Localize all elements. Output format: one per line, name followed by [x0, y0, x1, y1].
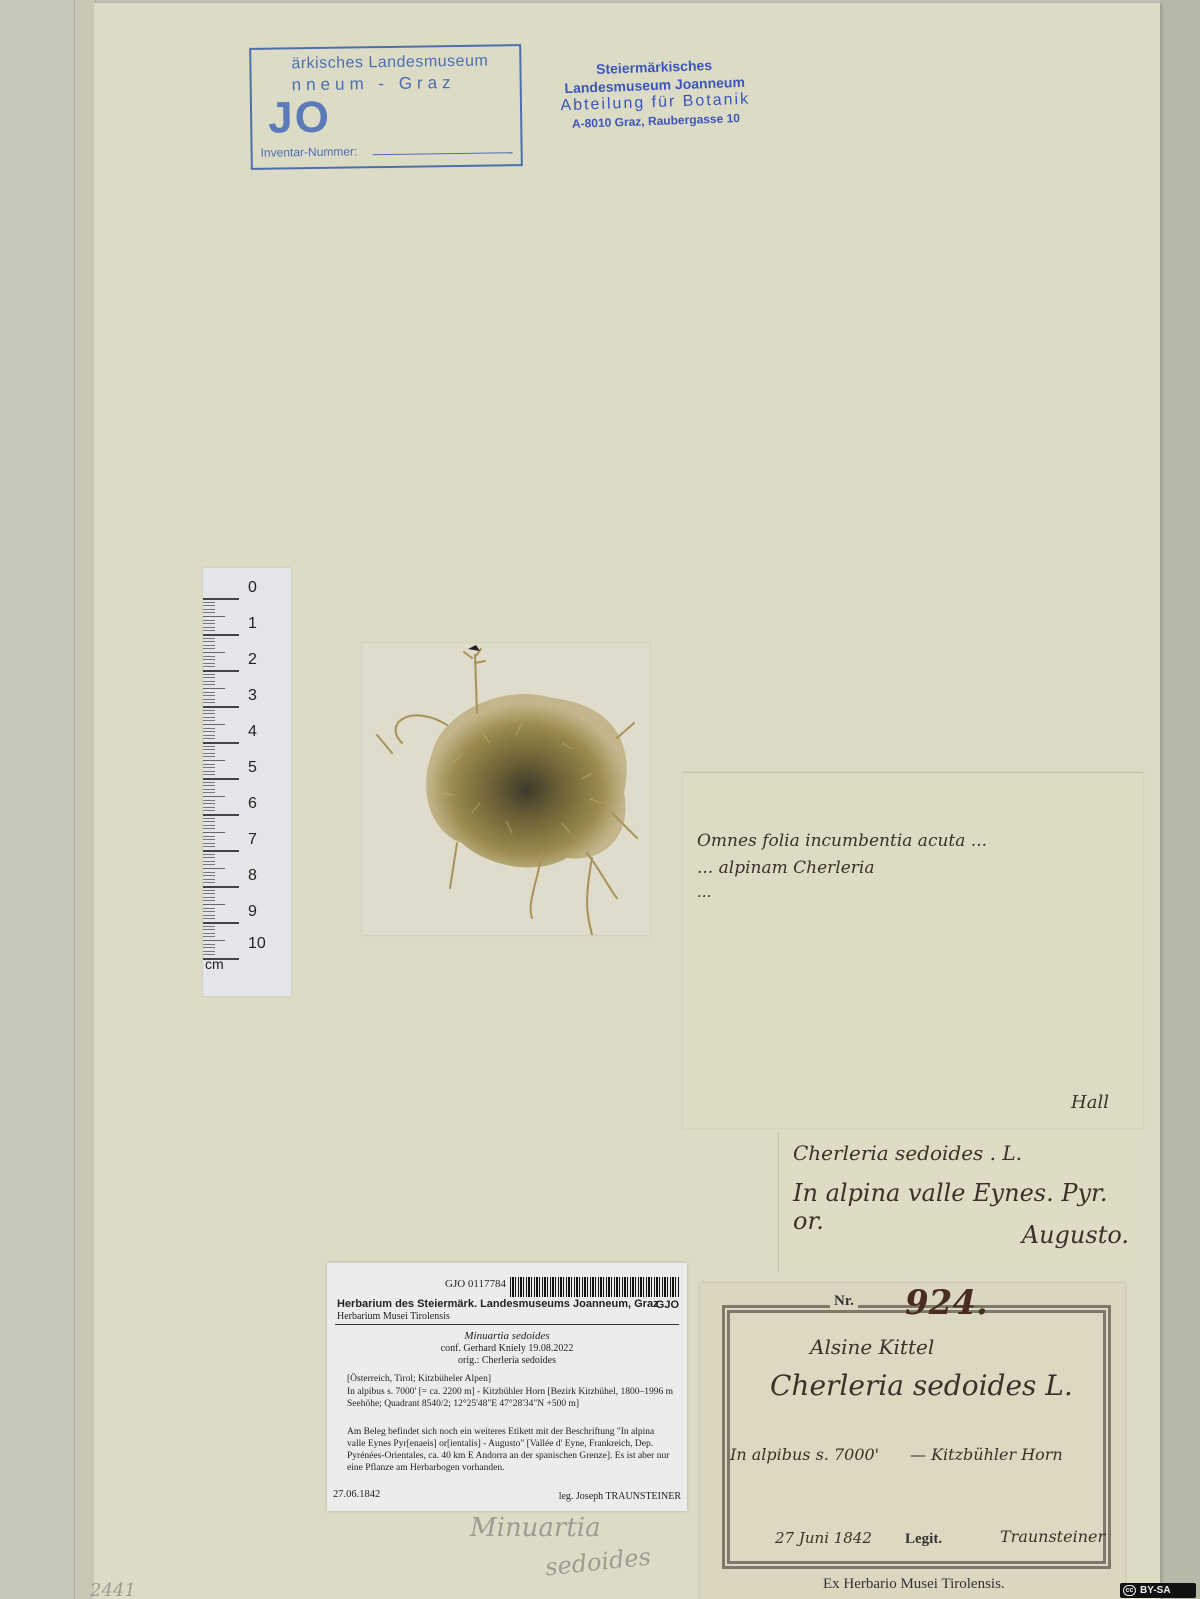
augusto-label: Cherleria sedoides . L. In alpina valle …: [778, 1131, 1137, 1271]
folder-edge: [74, 0, 96, 1599]
ruler-tick: [203, 656, 215, 657]
ruler-tick: [203, 893, 215, 894]
ruler-number: 10: [248, 935, 266, 953]
ruler-tick: [203, 814, 239, 816]
ornament-footer: Ex Herbario Musei Tirolensis.: [818, 1576, 1010, 1593]
ruler-tick: [203, 915, 215, 916]
ruler-tick: [203, 818, 215, 819]
ruler-tick: [203, 620, 215, 621]
ruler-tick: [203, 609, 215, 610]
ornament-line-4: — Kitzbühler Horn: [910, 1445, 1063, 1464]
ruler-tick: [203, 868, 225, 869]
ruler-tick: [203, 803, 215, 804]
ruler-number: 7: [248, 831, 257, 849]
ruler-tick: [203, 677, 215, 678]
ruler-tick: [203, 782, 215, 783]
museum-stamp-box: ärkisches Landesmuseum nneum - Graz JO I…: [249, 44, 523, 170]
note-line-1: Omnes folia incumbentia acuta ...: [697, 831, 987, 851]
ruler-tick: [203, 796, 225, 797]
ruler-tick: [203, 641, 215, 642]
ruler-tick: [203, 929, 215, 930]
ruler-tick: [203, 947, 215, 948]
ruler-tick: [203, 616, 225, 617]
ruler-number: 5: [248, 759, 257, 777]
ruler-tick: [203, 821, 215, 822]
ruler-tick: [203, 760, 225, 761]
label-divider: [335, 1324, 679, 1325]
augusto-line-1: Cherleria sedoides . L.: [793, 1141, 1022, 1165]
ruler-tick: [203, 828, 215, 829]
ruler-tick: [203, 746, 215, 747]
ruler-tick: [203, 623, 215, 624]
ruler-tick: [203, 767, 215, 768]
ruler-tick: [203, 720, 215, 721]
ruler-tick: [203, 684, 215, 685]
institution-name: Herbarium des Steiermärk. Landesmuseums …: [337, 1298, 659, 1310]
ruler-tick: [203, 864, 215, 865]
stamp-underline: [373, 152, 513, 155]
ruler-tick: [203, 911, 215, 912]
ruler-tick: [203, 778, 239, 780]
ruler-tick: [203, 771, 215, 772]
ruler-tick: [203, 724, 225, 725]
ruler-tick: [203, 774, 215, 775]
note-signature: Hall: [1071, 1092, 1109, 1113]
ruler-tick: [203, 933, 215, 934]
ruler-tick: [203, 663, 215, 664]
ruler-tick: [203, 836, 215, 837]
ruler-tick: [203, 634, 239, 636]
ornament-line-1: Alsine Kittel: [810, 1335, 934, 1359]
ruler-tick: [203, 936, 215, 937]
ornament-date: 27 Juni 1842: [775, 1529, 872, 1547]
ruler-number: 2: [248, 651, 257, 669]
taxon-name: Minuartia sedoides: [327, 1330, 687, 1342]
pencil-annotation-genus: Minuartia: [470, 1513, 601, 1543]
ruler-tick: [203, 792, 215, 793]
ruler-tick: [203, 699, 215, 700]
ruler-number: 3: [248, 687, 257, 705]
ruler-tick: [203, 728, 215, 729]
ruler-tick: [203, 886, 239, 888]
ruler-number: 9: [248, 903, 257, 921]
ruler-tick: [203, 742, 239, 744]
ruler-tick: [203, 832, 225, 833]
ruler-number: 8: [248, 867, 257, 885]
ruler-tick: [203, 702, 215, 703]
ruler-number: 4: [248, 723, 257, 741]
ruler-tick: [203, 897, 215, 898]
ruler-tick: [203, 825, 215, 826]
ornamental-herbarium-label: Nr. 924. Alsine Kittel Cherleria sedoide…: [700, 1283, 1125, 1599]
ruler-tick: [203, 918, 215, 919]
ruler-tick: [203, 674, 215, 675]
ruler-tick: [203, 846, 215, 847]
stamp-line-4: Inventar-Nummer:: [261, 144, 358, 159]
ruler-tick: [203, 598, 239, 600]
ruler-tick: [203, 908, 215, 909]
augusto-line-3: Augusto.: [1022, 1221, 1129, 1249]
ruler-tick: [203, 738, 215, 739]
ruler-tick: [203, 926, 215, 927]
license-text: BY-SA: [1140, 1585, 1171, 1596]
ruler-number: 6: [248, 795, 257, 813]
ornament-collector: Traunsteiner: [1000, 1527, 1105, 1546]
ruler-tick: [203, 764, 215, 765]
ruler-number: 1: [248, 615, 257, 633]
ruler-tick: [203, 735, 215, 736]
specimen-number: 924.: [905, 1283, 988, 1323]
ruler-number: 0: [248, 579, 257, 597]
ruler-tick: [203, 940, 225, 941]
ruler-tick: [203, 904, 225, 905]
ruler-tick: [203, 612, 215, 613]
ruler-tick: [203, 731, 215, 732]
ruler-tick: [203, 872, 215, 873]
ruler-tick: [203, 944, 215, 945]
locality: In alpibus s. 7000' [= ca. 2200 m] - Kit…: [347, 1386, 675, 1410]
region: [Österreich, Tirol; Kitzbüheler Alpen]: [347, 1373, 675, 1385]
stamp-line-1: ärkisches Landesmuseum: [291, 53, 488, 74]
creative-commons-icon: cc: [1123, 1585, 1136, 1596]
ruler-tick: [203, 807, 215, 808]
ruler-tick: [203, 659, 215, 660]
collector: leg. Joseph TRAUNSTEINER: [559, 1491, 681, 1502]
ruler-tick: [203, 875, 215, 876]
ruler-tick: [203, 922, 239, 924]
ruler-tick: [203, 890, 215, 891]
ruler-tick: [203, 900, 215, 901]
stamp-line-3: JO: [268, 93, 331, 144]
remark: Am Beleg befindet sich noch ein weiteres…: [347, 1426, 675, 1474]
ruler-tick: [203, 857, 215, 858]
ruler-tick: [203, 843, 215, 844]
ruler-tick: [203, 789, 215, 790]
address-stamp: Steiermärkisches Landesmuseum Joanneum A…: [544, 54, 766, 134]
right-background: [1160, 0, 1200, 1599]
ruler-tick: [203, 854, 215, 855]
sub-collection: Herbarium Musei Tirolensis: [337, 1311, 450, 1322]
ruler-tick: [203, 749, 215, 750]
ornament-line-2: Cherleria sedoides L.: [770, 1369, 1073, 1402]
ruler-tick: [203, 710, 215, 711]
printed-herbarium-label: GJO 0117784 Herbarium des Steiermärk. La…: [327, 1263, 687, 1511]
ruler-tick: [203, 670, 239, 672]
ruler-tick: [203, 692, 215, 693]
ruler-tick: [203, 756, 215, 757]
ornament-line-3: In alpibus s. 7000': [730, 1445, 879, 1464]
ruler-tick: [203, 605, 215, 606]
ruler-tick: [203, 638, 215, 639]
ruler-tick: [203, 785, 215, 786]
determination: conf. Gerhard Kniely 19.08.2022: [327, 1343, 687, 1354]
original-name: orig.: Cherleria sedoides: [327, 1355, 687, 1366]
barcode-id: GJO 0117784: [445, 1278, 506, 1290]
ruler-tick: [203, 753, 215, 754]
ruler-tick: [203, 850, 239, 852]
specimen-mount-paper: [362, 643, 650, 935]
note-line-3: ...: [697, 883, 711, 901]
ruler-unit: cm: [205, 956, 224, 972]
ruler-tick: [203, 839, 215, 840]
moss-specimen-image: [362, 643, 650, 935]
ruler-tick: [203, 688, 225, 689]
ruler-tick: [203, 713, 215, 714]
legit-label: Legit.: [905, 1531, 942, 1548]
ruler-tick: [203, 879, 215, 880]
ruler-tick: [203, 666, 215, 667]
ruler-tick: [203, 810, 215, 811]
folder-background: [0, 0, 78, 1599]
ruler-tick: [203, 630, 215, 631]
ruler-tick: [203, 652, 225, 653]
pencil-annotation-number: 2441: [90, 1580, 136, 1599]
ruler-tick: [203, 706, 239, 708]
handwritten-note-label: Omnes folia incumbentia acuta ... ... al…: [683, 772, 1143, 1128]
ruler-tick: [203, 602, 215, 603]
ruler-tick: [203, 695, 215, 696]
cm-scale-ruler: 0 1 2 3 4 5 6 7 8 9 10 cm: [203, 568, 291, 996]
note-line-2: ... alpinam Cherleria: [697, 858, 874, 878]
ruler-tick: [203, 861, 215, 862]
collection-date: 27.06.1842: [333, 1489, 380, 1500]
ruler-tick: [203, 882, 215, 883]
herbarium-code: GJO: [656, 1299, 679, 1311]
ruler-tick: [203, 681, 215, 682]
ruler-tick: [203, 951, 215, 952]
ruler-tick: [203, 648, 215, 649]
ruler-tick: [203, 717, 215, 718]
ruler-tick: [203, 627, 215, 628]
nr-label: Nr.: [830, 1293, 858, 1310]
barcode-icon: [510, 1277, 680, 1297]
license-badge: cc BY-SA: [1120, 1583, 1196, 1598]
ruler-tick: [203, 800, 215, 801]
ruler-tick: [203, 645, 215, 646]
